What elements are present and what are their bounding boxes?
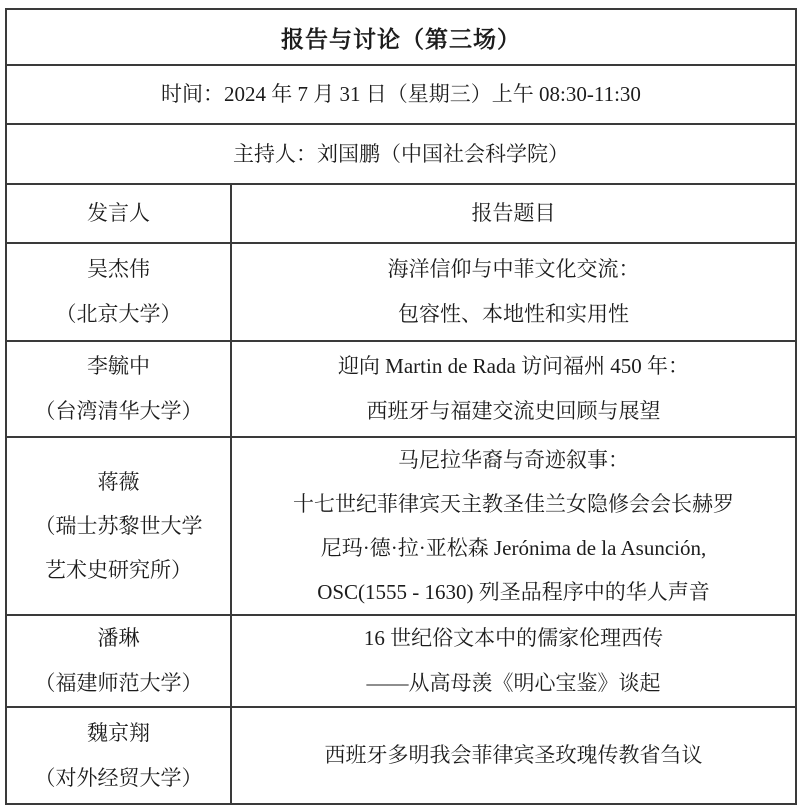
topic-cell: 海洋信仰与中菲文化交流： 包容性、本地性和实用性: [231, 243, 796, 341]
table-row: 李毓中 （台湾清华大学） 迎向 Martin de Rada 访问福州 450 …: [6, 341, 796, 437]
speaker-cell: 蒋薇 （瑞士苏黎世大学 艺术史研究所）: [6, 437, 231, 615]
table-row-column-headers: 发言人 报告题目: [6, 184, 796, 243]
session-time-cell: 时间：2024 年 7 月 31 日（星期三）上午 08:30-11:30: [6, 65, 796, 124]
speaker-name: 蒋薇: [13, 460, 224, 504]
conference-program-table: 报告与讨论（第三场） 时间：2024 年 7 月 31 日（星期三）上午 08:…: [5, 8, 797, 805]
speaker-column-header: 发言人: [6, 184, 231, 243]
topic-line: OSC(1555 - 1630) 列圣品程序中的华人声音: [238, 570, 789, 614]
speaker-column-header-label: 发言人: [13, 191, 224, 236]
speaker-affiliation: （对外经贸大学）: [13, 756, 224, 801]
session-title-cell: 报告与讨论（第三场）: [6, 9, 796, 65]
speaker-affiliation: （台湾清华大学）: [13, 389, 224, 434]
topic-cell: 马尼拉华裔与奇迹叙事： 十七世纪菲律宾天主教圣佳兰女隐修会会长赫罗 尼玛·德·拉…: [231, 437, 796, 615]
speaker-cell: 李毓中 （台湾清华大学）: [6, 341, 231, 437]
speaker-name: 吴杰伟: [13, 247, 224, 292]
speaker-name: 潘琳: [13, 616, 224, 661]
speaker-cell: 吴杰伟 （北京大学）: [6, 243, 231, 341]
speaker-cell: 潘琳 （福建师范大学）: [6, 615, 231, 707]
speaker-affiliation: 艺术史研究所）: [13, 548, 224, 592]
topic-line: 西班牙多明我会菲律宾圣玫瑰传教省刍议: [238, 733, 789, 778]
table-row: 蒋薇 （瑞士苏黎世大学 艺术史研究所） 马尼拉华裔与奇迹叙事： 十七世纪菲律宾天…: [6, 437, 796, 615]
topic-line: 海洋信仰与中菲文化交流：: [238, 247, 789, 292]
session-time: 时间：2024 年 7 月 31 日（星期三）上午 08:30-11:30: [13, 72, 789, 117]
topic-cell: 迎向 Martin de Rada 访问福州 450 年： 西班牙与福建交流史回…: [231, 341, 796, 437]
table-row: 吴杰伟 （北京大学） 海洋信仰与中菲文化交流： 包容性、本地性和实用性: [6, 243, 796, 341]
speaker-affiliation: （北京大学）: [13, 292, 224, 337]
table-row: 潘琳 （福建师范大学） 16 世纪俗文本中的儒家伦理西传 ——从高母羡《明心宝鉴…: [6, 615, 796, 707]
topic-cell: 西班牙多明我会菲律宾圣玫瑰传教省刍议: [231, 707, 796, 804]
speaker-affiliation: （瑞士苏黎世大学: [13, 504, 224, 548]
speaker-cell: 魏京翔 （对外经贸大学）: [6, 707, 231, 804]
topic-line: 尼玛·德·拉·亚松森 Jerónima de la Asunción,: [238, 526, 789, 570]
topic-line: 包容性、本地性和实用性: [238, 292, 789, 337]
speaker-name: 李毓中: [13, 344, 224, 389]
table-row-time: 时间：2024 年 7 月 31 日（星期三）上午 08:30-11:30: [6, 65, 796, 124]
topic-column-header: 报告题目: [231, 184, 796, 243]
session-host-cell: 主持人：刘国鹏（中国社会科学院）: [6, 124, 796, 184]
topic-column-header-label: 报告题目: [238, 191, 789, 236]
speaker-name: 魏京翔: [13, 711, 224, 756]
session-title: 报告与讨论（第三场）: [13, 21, 789, 54]
topic-line: 马尼拉华裔与奇迹叙事：: [238, 438, 789, 482]
topic-line: ——从高母羡《明心宝鉴》谈起: [238, 661, 789, 706]
table-row-title: 报告与讨论（第三场）: [6, 9, 796, 65]
table-row-host: 主持人：刘国鹏（中国社会科学院）: [6, 124, 796, 184]
session-host: 主持人：刘国鹏（中国社会科学院）: [13, 132, 789, 177]
table-row: 魏京翔 （对外经贸大学） 西班牙多明我会菲律宾圣玫瑰传教省刍议: [6, 707, 796, 804]
topic-line: 西班牙与福建交流史回顾与展望: [238, 389, 789, 434]
speaker-affiliation: （福建师范大学）: [13, 661, 224, 706]
topic-cell: 16 世纪俗文本中的儒家伦理西传 ——从高母羡《明心宝鉴》谈起: [231, 615, 796, 707]
topic-line: 迎向 Martin de Rada 访问福州 450 年：: [238, 344, 789, 389]
topic-line: 16 世纪俗文本中的儒家伦理西传: [238, 616, 789, 661]
topic-line: 十七世纪菲律宾天主教圣佳兰女隐修会会长赫罗: [238, 482, 789, 526]
